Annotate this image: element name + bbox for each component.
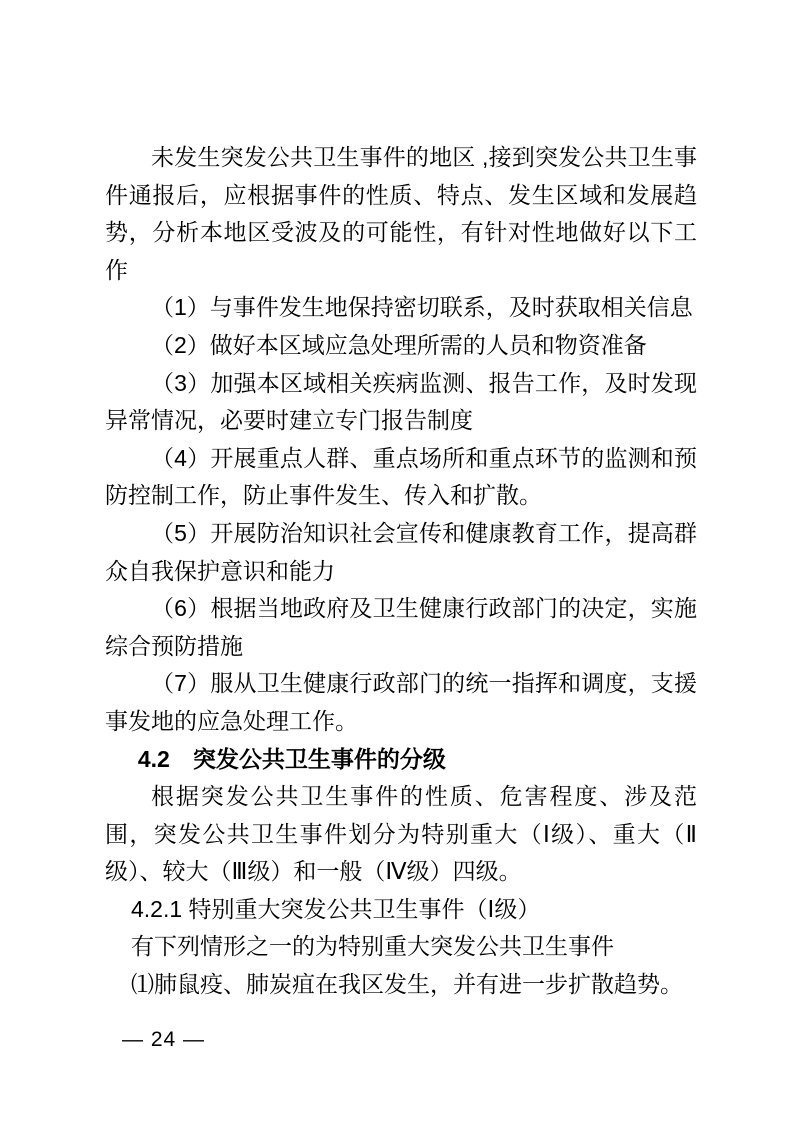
criteria-item-1: ⑴肺鼠疫、肺炭疽在我区发生，并有进一步扩散趋势。 [105,966,697,1004]
page-number: — 24 — [122,1027,205,1053]
paragraph-classification: 根据突发公共卫生事件的性质、危害程度、涉及范围，突发公共卫生事件划分为特别重大（… [105,778,697,891]
list-item-2: （2）做好本区域应急处理所需的人员和物资准备 [105,327,697,365]
list-item-6: （6）根据当地政府及卫生健康行政部门的决定，实施综合预防措施 [105,590,697,665]
paragraph-criteria-intro: 有下列情形之一的为特别重大突发公共卫生事件 [105,928,697,966]
paragraph-intro: 未发生突发公共卫生事件的地区 ,接到突发公共卫生事件通报后，应根据事件的性质、特… [105,139,697,289]
subsection-heading-4-2-1: 4.2.1 特别重大突发公共卫生事件（Ⅰ级） [105,891,697,929]
list-item-1: （1）与事件发生地保持密切联系，及时获取相关信息 [105,289,697,327]
document-page: 未发生突发公共卫生事件的地区 ,接到突发公共卫生事件通报后，应根据事件的性质、特… [0,0,793,1122]
document-body: 未发生突发公共卫生事件的地区 ,接到突发公共卫生事件通报后，应根据事件的性质、特… [105,139,697,1004]
list-item-7: （7）服从卫生健康行政部门的统一指挥和调度，支援事发地的应急处理工作。 [105,665,697,740]
list-item-3: （3）加强本区域相关疾病监测、报告工作，及时发现异常情况，必要时建立专门报告制度 [105,365,697,440]
list-item-5: （5）开展防治知识社会宣传和健康教育工作，提高群众自我保护意识和能力 [105,515,697,590]
list-item-4: （4）开展重点人群、重点场所和重点环节的监测和预防控制工作，防止事件发生、传入和… [105,440,697,515]
section-heading-4-2: 4.2 突发公共卫生事件的分级 [105,741,697,779]
